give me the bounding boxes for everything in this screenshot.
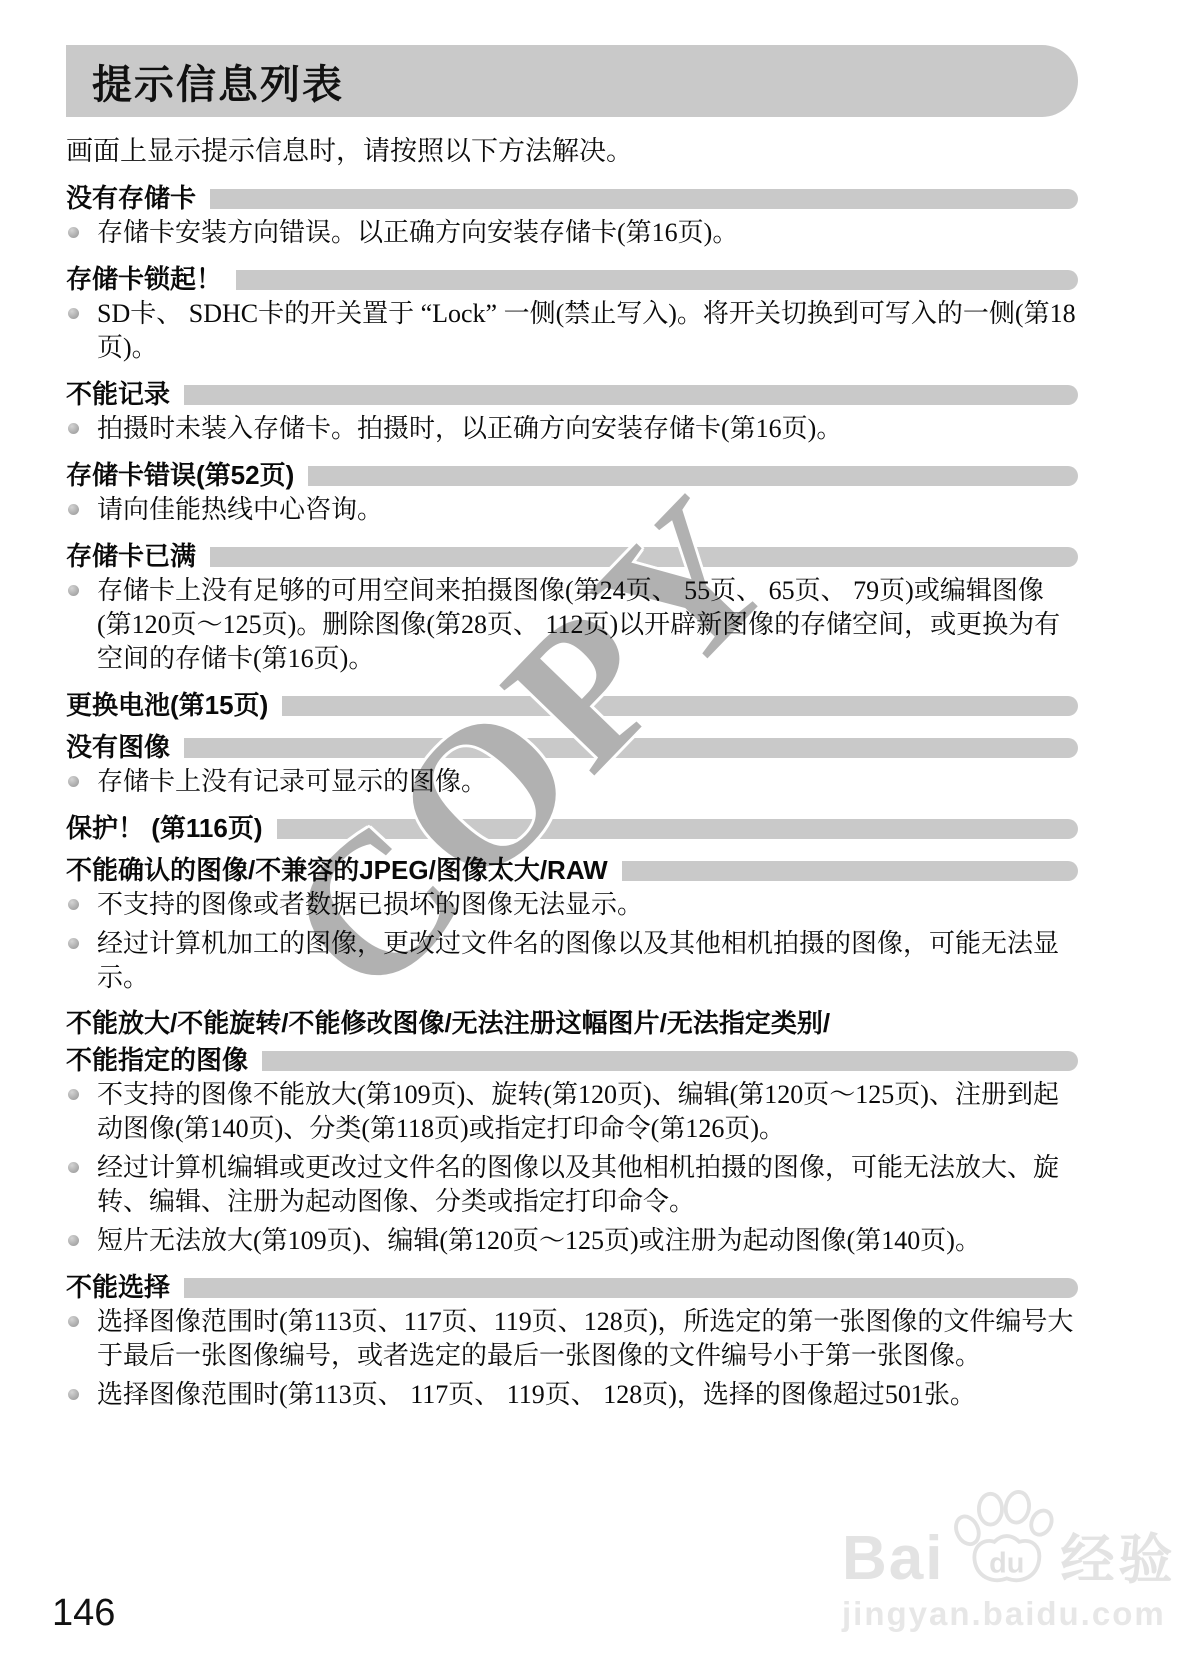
message-section: 不能选择 选择图像范围时(第113页、117页、119页、128页)，所选定的第… <box>66 1270 1078 1412</box>
bullet-text: 存储卡安装方向错误。以正确方向安装存储卡(第16页)。 <box>97 218 738 247</box>
baidu-du-text: du <box>990 1548 1025 1580</box>
bullet-text: 请向佳能热线中心咨询。 <box>97 495 383 524</box>
section-heading: 没有图像 <box>66 727 170 764</box>
bullet-item: 拍摄时未装入存储卡。拍摄时，以正确方向安装存储卡(第16页)。 <box>66 412 1078 446</box>
message-section: 存储卡错误(第52页) 请向佳能热线中心咨询。 <box>66 458 1078 527</box>
section-heading-bar <box>184 738 1078 758</box>
bullet-text: SD卡、 SDHC卡的开关置于 “Lock” 一侧(禁止写入)。将开关切换到可写… <box>97 299 1076 362</box>
section-heading-row: 没有图像 <box>66 730 1078 760</box>
bullet-dot-icon <box>68 1089 79 1100</box>
bullet-dot-icon <box>68 1235 79 1246</box>
bullet-dot-icon <box>68 938 79 949</box>
bullet-dot-icon <box>68 423 79 434</box>
section-heading-row: 不能选择 <box>66 1270 1078 1300</box>
bullet-dot-icon <box>68 504 79 515</box>
bullet-dot-icon <box>68 585 79 596</box>
bullet-item: 请向佳能热线中心咨询。 <box>66 493 1078 527</box>
section-heading: 更换电池(第15页) <box>66 685 268 722</box>
section-heading-row: 存储卡错误(第52页) <box>66 458 1078 488</box>
bullet-text: 经过计算机编辑或更改过文件名的图像以及其他相机拍摄的图像，可能无法放大、旋转、编… <box>97 1153 1059 1216</box>
bullet-item: 存储卡安装方向错误。以正确方向安装存储卡(第16页)。 <box>66 216 1078 250</box>
section-heading: 存储卡锁起！ <box>66 259 222 296</box>
section-heading-row: 存储卡锁起！ <box>66 262 1078 292</box>
bullet-text: 选择图像范围时(第113页、 117页、 119页、 128页)，选择的图像超过… <box>97 1380 976 1409</box>
message-section: 不能确认的图像/不兼容的JPEG/图像太大/RAW 不支持的图像或者数据已损坏的… <box>66 853 1078 995</box>
section-heading-row: 不能确认的图像/不兼容的JPEG/图像太大/RAW <box>66 853 1078 883</box>
baidu-paw-icon: du <box>946 1488 1058 1593</box>
bullet-text: 存储卡上没有足够的可用空间来拍摄图像(第24页、 55页、 65页、 79页)或… <box>97 576 1060 673</box>
section-heading-bar <box>262 1051 1078 1071</box>
message-section: 更换电池(第15页) <box>66 688 1078 718</box>
bullet-dot-icon <box>68 1162 79 1173</box>
section-bullets: 不支持的图像不能放大(第109页)、旋转(第120页)、编辑(第120页～125… <box>66 1078 1078 1258</box>
baidu-jingyan-text: 经验 <box>1060 1531 1176 1589</box>
page-title: 提示信息列表 <box>92 53 344 110</box>
section-heading-row: 不能记录 <box>66 377 1078 407</box>
section-heading-bar <box>282 696 1078 716</box>
message-section: 没有存储卡 存储卡安装方向错误。以正确方向安装存储卡(第16页)。 <box>66 181 1078 250</box>
section-heading-bar <box>184 385 1078 405</box>
message-sections: 没有存储卡 存储卡安装方向错误。以正确方向安装存储卡(第16页)。 存储卡锁起！… <box>66 181 1078 1412</box>
section-bullets: 不支持的图像或者数据已损坏的图像无法显示。 经过计算机加工的图像，更改过文件名的… <box>66 888 1078 995</box>
section-heading: 不能指定的图像 <box>66 1040 248 1077</box>
section-heading: 没有存储卡 <box>66 178 196 215</box>
section-bullets: 存储卡上没有足够的可用空间来拍摄图像(第24页、 55页、 65页、 79页)或… <box>66 574 1078 676</box>
section-heading: 不能确认的图像/不兼容的JPEG/图像太大/RAW <box>66 850 608 887</box>
bullet-text: 存储卡上没有记录可显示的图像。 <box>97 767 487 796</box>
section-heading-row: 不能指定的图像 <box>66 1043 1078 1073</box>
message-section: 不能放大/不能旋转/不能修改图像/无法注册这幅图片/无法指定类别/ 不能指定的图… <box>66 1007 1078 1258</box>
page-title-bar: 提示信息列表 <box>66 45 1078 117</box>
bullet-text: 不支持的图像不能放大(第109页)、旋转(第120页)、编辑(第120页～125… <box>97 1080 1059 1143</box>
section-bullets: 拍摄时未装入存储卡。拍摄时，以正确方向安装存储卡(第16页)。 <box>66 412 1078 446</box>
page-content: 画面上显示提示信息时，请按照以下方法解决。 没有存储卡 存储卡安装方向错误。以正… <box>66 133 1078 1412</box>
section-bullets: 选择图像范围时(第113页、117页、119页、128页)，所选定的第一张图像的… <box>66 1305 1078 1412</box>
section-heading-row: 保护！ (第116页) <box>66 811 1078 841</box>
section-heading: 存储卡已满 <box>66 536 196 573</box>
section-bullets: SD卡、 SDHC卡的开关置于 “Lock” 一侧(禁止写入)。将开关切换到可写… <box>66 297 1078 365</box>
message-section: 没有图像 存储卡上没有记录可显示的图像。 <box>66 730 1078 799</box>
section-heading: 存储卡错误(第52页) <box>66 455 294 492</box>
baidu-url-text: jingyan.baidu.com <box>842 1595 1176 1633</box>
bullet-dot-icon <box>68 308 79 319</box>
bullet-item: 短片无法放大(第109页)、编辑(第120页～125页)或注册为起动图像(第14… <box>66 1224 1078 1258</box>
message-section: 保护！ (第116页) <box>66 811 1078 841</box>
message-section: 不能记录 拍摄时未装入存储卡。拍摄时，以正确方向安装存储卡(第16页)。 <box>66 377 1078 446</box>
section-heading: 保护！ (第116页) <box>66 808 263 845</box>
bullet-item: 经过计算机编辑或更改过文件名的图像以及其他相机拍摄的图像，可能无法放大、旋转、编… <box>66 1151 1078 1219</box>
bullet-item: 经过计算机加工的图像，更改过文件名的图像以及其他相机拍摄的图像，可能无法显示。 <box>66 927 1078 995</box>
section-bullets: 存储卡安装方向错误。以正确方向安装存储卡(第16页)。 <box>66 216 1078 250</box>
section-bullets: 存储卡上没有记录可显示的图像。 <box>66 765 1078 799</box>
section-heading-bar <box>308 466 1078 486</box>
baidu-logo-row: Bai du 经验 <box>842 1488 1176 1589</box>
section-heading-row: 存储卡已满 <box>66 539 1078 569</box>
bullet-dot-icon <box>68 227 79 238</box>
bullet-item: 选择图像范围时(第113页、 117页、 119页、 128页)，选择的图像超过… <box>66 1378 1078 1412</box>
bullet-text: 选择图像范围时(第113页、117页、119页、128页)，所选定的第一张图像的… <box>97 1307 1073 1370</box>
page-number: 146 <box>52 1592 115 1635</box>
baidu-jingyan-watermark: Bai du 经验 jingyan.baidu.com <box>842 1488 1176 1633</box>
bullet-text: 不支持的图像或者数据已损坏的图像无法显示。 <box>97 890 643 919</box>
message-section: 存储卡已满 存储卡上没有足够的可用空间来拍摄图像(第24页、 55页、 65页、… <box>66 539 1078 676</box>
bullet-text: 经过计算机加工的图像，更改过文件名的图像以及其他相机拍摄的图像，可能无法显示。 <box>97 929 1059 992</box>
bullet-dot-icon <box>68 1389 79 1400</box>
section-heading-bar <box>622 861 1078 881</box>
baidu-bai-text: Bai <box>842 1529 944 1589</box>
section-heading-bar <box>236 270 1078 290</box>
section-heading-bar <box>210 189 1078 209</box>
section-heading-bar <box>210 547 1078 567</box>
bullet-text: 拍摄时未装入存储卡。拍摄时，以正确方向安装存储卡(第16页)。 <box>97 414 842 443</box>
bullet-item: SD卡、 SDHC卡的开关置于 “Lock” 一侧(禁止写入)。将开关切换到可写… <box>66 297 1078 365</box>
intro-text: 画面上显示提示信息时，请按照以下方法解决。 <box>66 133 1078 169</box>
bullet-dot-icon <box>68 1316 79 1327</box>
bullet-dot-icon <box>68 899 79 910</box>
section-heading: 不能记录 <box>66 374 170 411</box>
bullet-item: 不支持的图像或者数据已损坏的图像无法显示。 <box>66 888 1078 922</box>
section-heading: 不能选择 <box>66 1267 170 1304</box>
bullet-dot-icon <box>68 776 79 787</box>
section-heading-bar <box>184 1278 1078 1298</box>
bullet-item: 选择图像范围时(第113页、117页、119页、128页)，所选定的第一张图像的… <box>66 1305 1078 1373</box>
section-bullets: 请向佳能热线中心咨询。 <box>66 493 1078 527</box>
section-heading-bar <box>277 819 1079 839</box>
section-heading-row: 更换电池(第15页) <box>66 688 1078 718</box>
message-section: 存储卡锁起！ SD卡、 SDHC卡的开关置于 “Lock” 一侧(禁止写入)。将… <box>66 262 1078 365</box>
bullet-item: 存储卡上没有足够的可用空间来拍摄图像(第24页、 55页、 65页、 79页)或… <box>66 574 1078 676</box>
bullet-item: 不支持的图像不能放大(第109页)、旋转(第120页)、编辑(第120页～125… <box>66 1078 1078 1146</box>
section-heading-line1: 不能放大/不能旋转/不能修改图像/无法注册这幅图片/无法指定类别/ <box>66 1007 1078 1039</box>
bullet-text: 短片无法放大(第109页)、编辑(第120页～125页)或注册为起动图像(第14… <box>97 1226 981 1255</box>
bullet-item: 存储卡上没有记录可显示的图像。 <box>66 765 1078 799</box>
section-heading-row: 没有存储卡 <box>66 181 1078 211</box>
